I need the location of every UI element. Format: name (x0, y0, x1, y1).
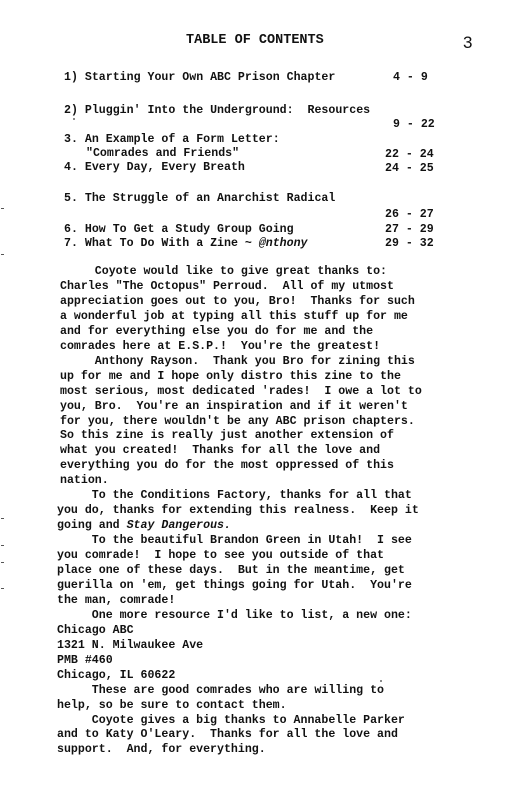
body-line: help, so be sure to contact them. (57, 699, 287, 713)
scan-mark (1, 518, 4, 519)
body-line: everything you do for the most oppressed… (60, 459, 394, 473)
body-line: Chicago ABC (57, 624, 134, 638)
body-line: and for everything else you do for me an… (60, 325, 373, 339)
body-line: nation. (60, 474, 109, 488)
body-line: Chicago, IL 60622 (57, 669, 175, 683)
body-line: One more resource I'd like to list, a ne… (57, 609, 412, 623)
body-line: 1321 N. Milwaukee Ave (57, 639, 203, 653)
scan-mark (1, 208, 4, 209)
body-line: To the beautiful Brandon Green in Utah! … (57, 534, 412, 548)
body-line: a wonderful job at typing all this stuff… (60, 310, 408, 324)
page-number: 3 (463, 33, 472, 53)
body-line: PMB #460 (57, 654, 113, 668)
body-line: comrades here at E.S.P.! You're the grea… (60, 340, 380, 354)
body-line: Coyote would like to give great thanks t… (60, 265, 387, 279)
scan-mark (1, 588, 4, 589)
body-line: Coyote gives a big thanks to Annabelle P… (57, 714, 405, 728)
toc-entry-3: 3. An Example of a Form Letter: (64, 133, 280, 147)
document-page: TABLE OF CONTENTS 3 1) Starting Your Own… (0, 0, 523, 809)
body-line: appreciation goes out to you, Bro! Thank… (60, 295, 415, 309)
toc-entry-7-label: 7. What To Do With a Zine ~ (64, 237, 259, 250)
body-line: what you created! Thanks for all the lov… (60, 444, 380, 458)
toc-pages-4: 24 - 25 (385, 162, 434, 175)
toc-entry-3-subtitle: "Comrades and Friends" (86, 147, 239, 161)
body-line: you comrade! I hope to see you outside o… (57, 549, 384, 563)
body-line: you, Bro. You're an inspiration and if i… (60, 400, 408, 414)
toc-entry-2: 2) Pluggin' Into the Underground: Resour… (64, 104, 370, 118)
body-line: So this zine is really just another exte… (60, 429, 394, 443)
scan-mark (1, 254, 4, 255)
body-line: These are good comrades who are willing … (57, 684, 384, 698)
toc-pages-3: 22 - 24 (385, 148, 434, 161)
body-line: going and Stay Dangerous. (57, 519, 231, 533)
body-line: up for me and I hope only distro this zi… (60, 370, 401, 384)
body-line: place one of these days. But in the mean… (57, 564, 405, 578)
scan-mark (1, 545, 4, 546)
toc-pages-2: 9 - 22 (393, 118, 435, 131)
toc-entry-5: 5. The Struggle of an Anarchist Radical (64, 192, 335, 206)
toc-pages-1: 4 - 9 (393, 71, 428, 84)
scan-speck (380, 680, 382, 682)
toc-entry-6: 6. How To Get a Study Group Going (64, 223, 294, 237)
toc-pages-6: 27 - 29 (385, 223, 434, 236)
toc-entry-4: 4. Every Day, Every Breath (64, 161, 245, 175)
page-title: TABLE OF CONTENTS (186, 33, 324, 48)
italic-phrase: Stay Dangerous. (127, 519, 231, 532)
body-line: and to Katy O'Leary. Thanks for all the … (57, 728, 398, 742)
body-line: most serious, most dedicated 'rades! I o… (60, 385, 422, 399)
toc-entry-7: 7. What To Do With a Zine ~ @nthony (64, 237, 308, 251)
toc-entry-7-author: @nthony (259, 237, 308, 250)
body-line: guerilla on 'em, get things going for Ut… (57, 579, 412, 593)
body-line: for you, there wouldn't be any ABC priso… (60, 415, 415, 429)
body-line: To the Conditions Factory, thanks for al… (57, 489, 412, 503)
toc-pages-7: 29 - 32 (385, 237, 434, 250)
body-line: you do, thanks for extending this realne… (57, 504, 419, 518)
toc-entry-1: 1) Starting Your Own ABC Prison Chapter (64, 71, 335, 85)
body-line: support. And, for everything. (57, 743, 266, 757)
scan-speck (73, 118, 75, 120)
toc-pages-5: 26 - 27 (385, 208, 434, 221)
body-line: Anthony Rayson. Thank you Bro for zining… (60, 355, 415, 369)
body-line: Charles "The Octopus" Perroud. All of my… (60, 280, 394, 294)
scan-mark (1, 562, 4, 563)
body-line: the man, comrade! (57, 594, 175, 608)
